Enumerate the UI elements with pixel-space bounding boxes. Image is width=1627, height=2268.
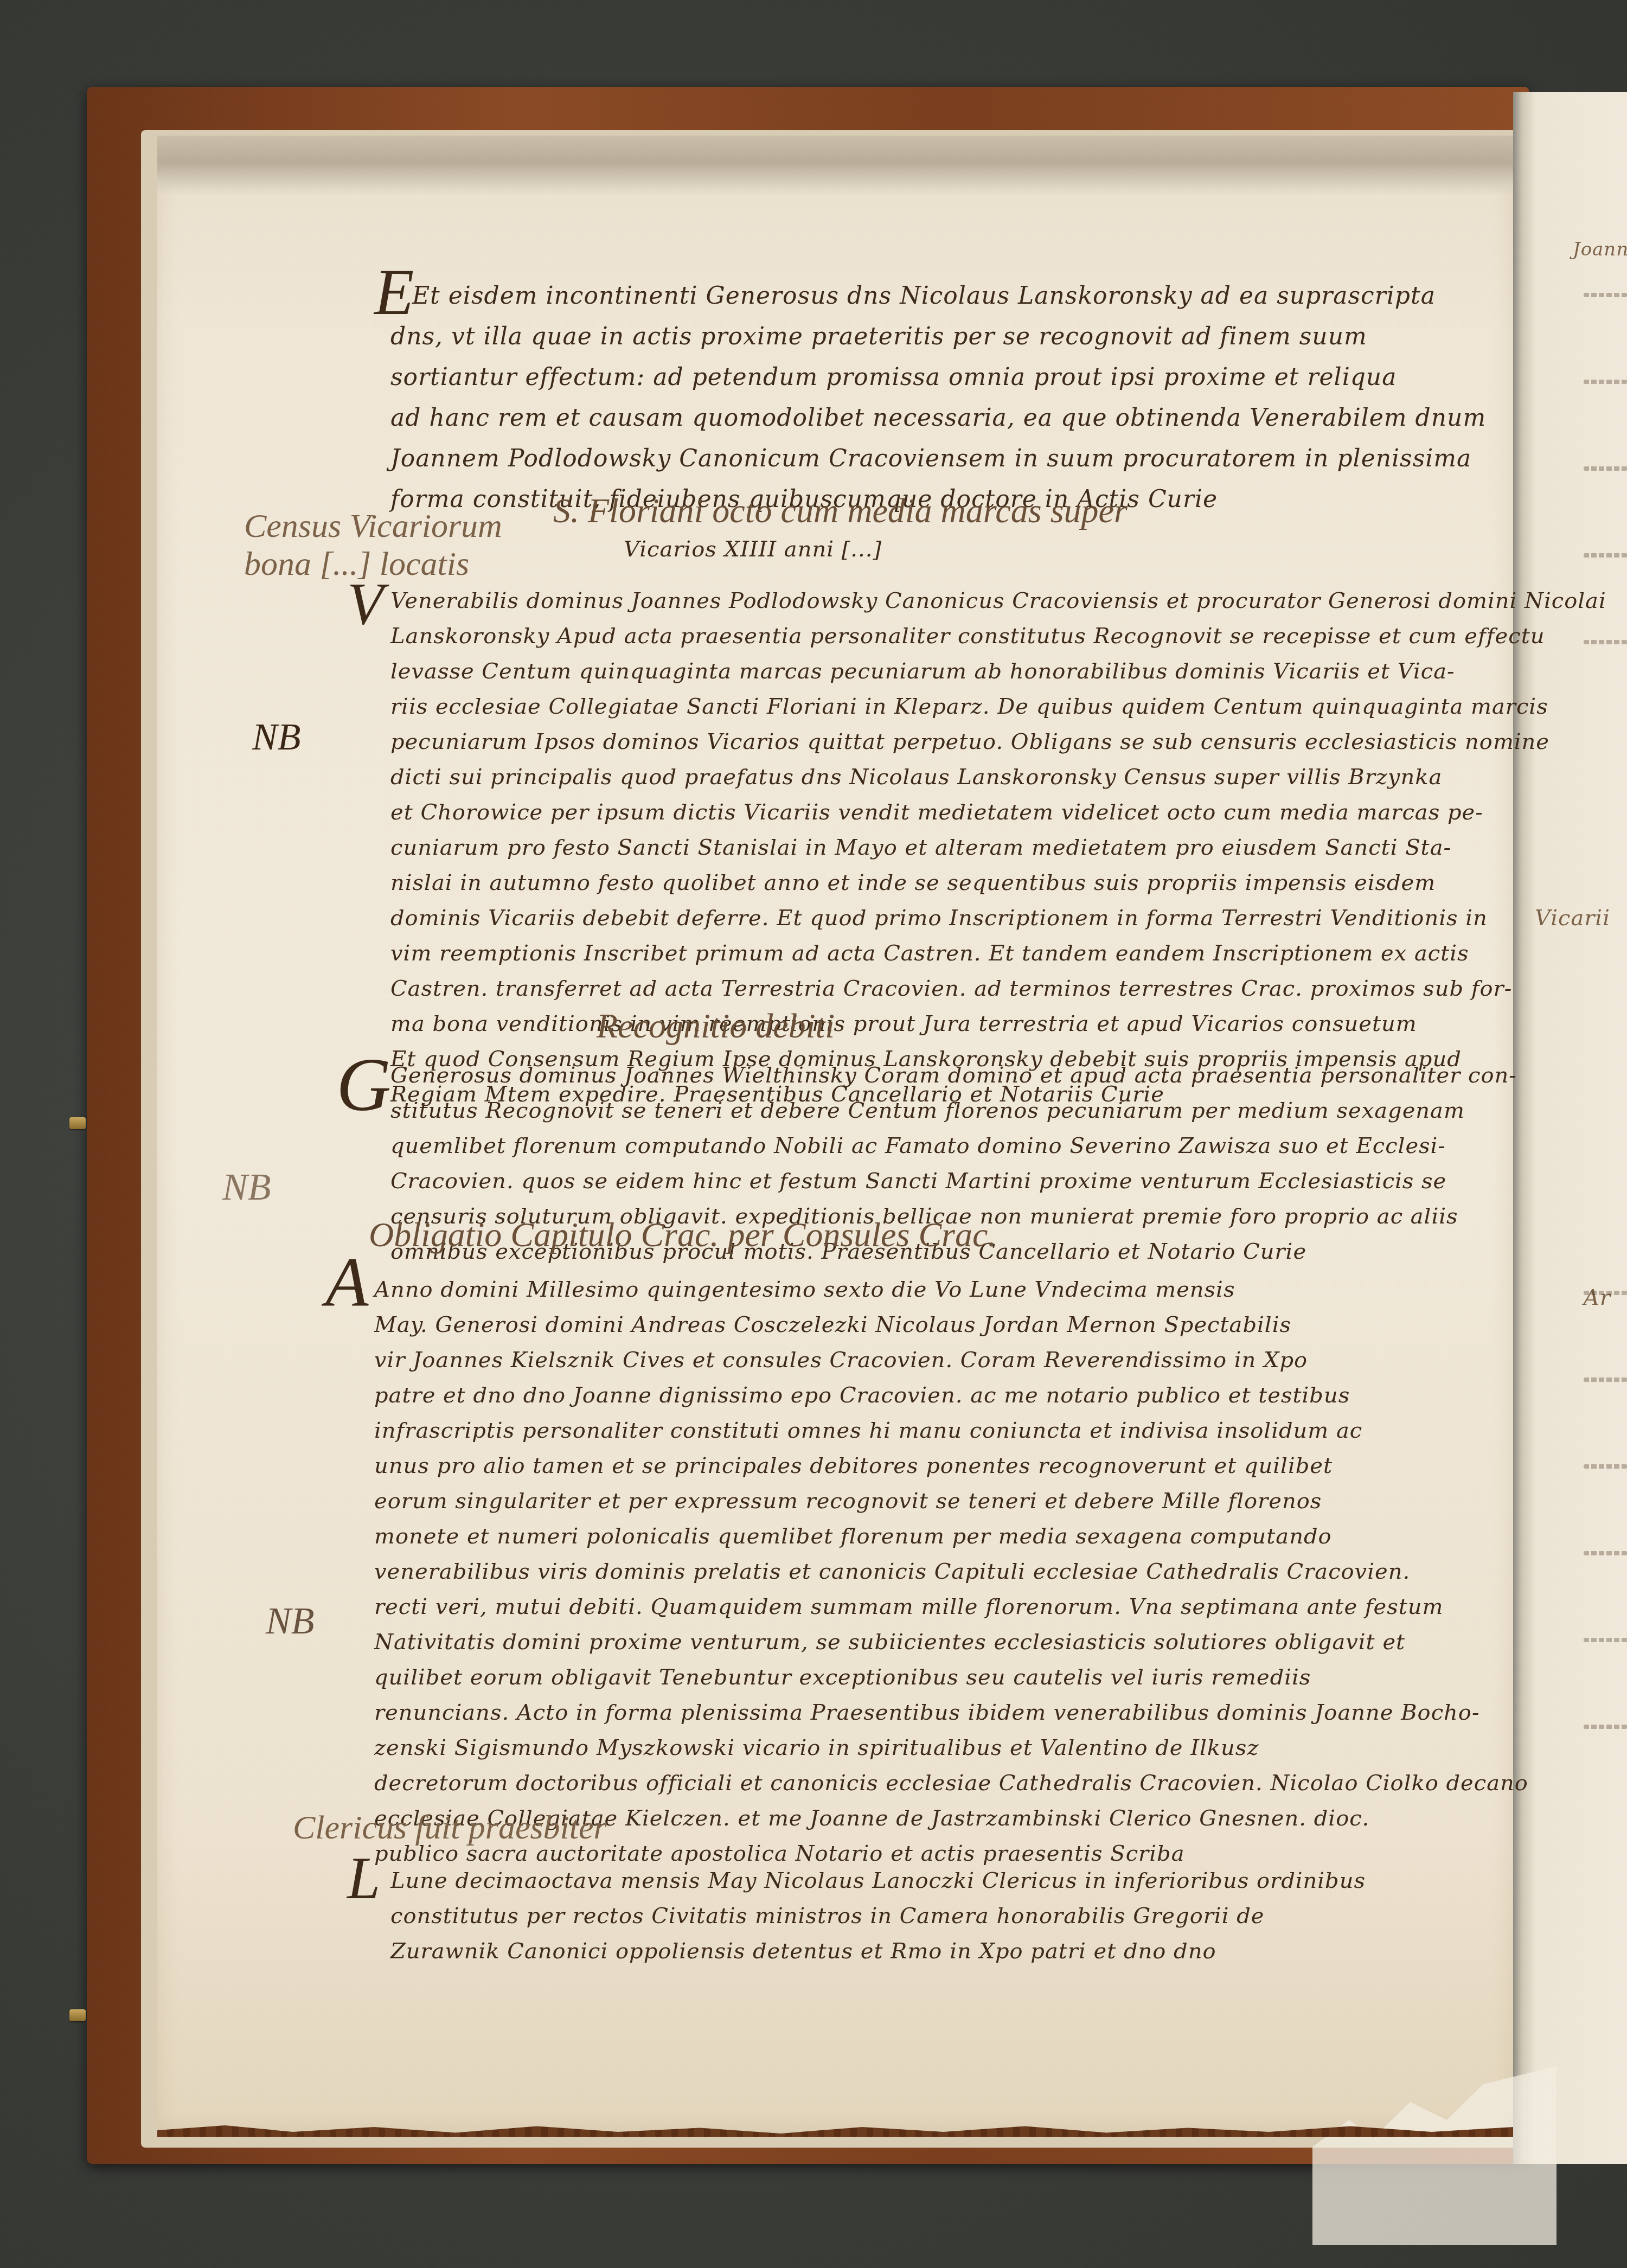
decorated-initial: E (374, 255, 414, 330)
entry-title: Obligatio Capitulo Crac. per Consules Cr… (369, 1215, 996, 1255)
text-line: recti veri, mutui debiti. Quamquidem sum… (374, 1594, 1444, 1619)
facing-page-fragment: Vicarii (1535, 906, 1610, 931)
text-line: renuncians. Acto in forma plenissima Pra… (374, 1700, 1479, 1725)
text-line: cuniarum pro festo Sancti Stanislai in M… (390, 835, 1451, 860)
facing-text-line (1584, 1291, 1627, 1295)
entry-title: Recognitio debiti (597, 1006, 835, 1046)
text-line: sortiantur effectum: ad petendum promiss… (390, 363, 1397, 391)
text-line: nislai in autumno festo quolibet anno et… (390, 870, 1436, 895)
margin-heading: Clericus fuit praesbiter (293, 1809, 607, 1847)
facing-page-fragment: Joann (1573, 239, 1627, 260)
entry-subtitle: Vicarios XIIII anni [...] (624, 537, 882, 562)
text-line: constitutus per rectos Civitatis ministr… (390, 1904, 1264, 1929)
text-line: dns, vt illa quae in actis proxime praet… (390, 323, 1367, 350)
facing-text-line (1584, 1551, 1627, 1555)
entry-title: S. Floriani octo cum media marcas super (553, 491, 1128, 531)
text-line: decretorum doctoribus officiali et canon… (374, 1771, 1528, 1796)
text-line: Castren. transferret ad acta Terrestria … (390, 976, 1512, 1001)
facing-text-line (1584, 553, 1627, 558)
paper-repair-patch (1312, 2066, 1556, 2245)
text-line: May. Generosi domini Andreas Cosczelezki… (374, 1312, 1291, 1337)
facing-text-line (1584, 1464, 1627, 1469)
text-line: Zurawnik Canonici oppoliensis detentus e… (390, 1939, 1216, 1964)
facing-text-line (1584, 1638, 1627, 1642)
binding-clasp (69, 2009, 86, 2021)
text-line: patre et dno dno Joanne dignissimo epo C… (374, 1383, 1350, 1408)
facing-page-fragment: Ar (1584, 1285, 1611, 1310)
page-top-edge (157, 136, 1513, 195)
facing-text-line (1584, 293, 1627, 297)
nota-bene-mark: NB (266, 1600, 314, 1643)
text-line: vir Joannes Kielsznik Cives et consules … (374, 1348, 1308, 1373)
text-line: Lune decimaoctava mensis May Nicolaus La… (390, 1868, 1366, 1893)
text-line: ma bona venditionis in vim reemptionis p… (390, 1011, 1417, 1036)
text-line: Joannem Podlodowsky Canonicum Cracoviens… (390, 445, 1471, 472)
text-line: Lanskoronsky Apud acta praesentia person… (390, 624, 1545, 649)
text-line: et Chorowice per ipsum dictis Vicariis v… (390, 800, 1483, 825)
facing-text-line (1584, 380, 1627, 384)
text-line: ad hanc rem et causam quomodolibet neces… (390, 404, 1486, 432)
facing-text-line (1584, 640, 1627, 644)
text-line: infrascriptis personaliter constituti om… (374, 1418, 1362, 1443)
text-line: monete et numeri polonicalis quemlibet f… (374, 1524, 1332, 1549)
facing-page: Joann Vicarii Ar (1513, 92, 1627, 2164)
text-line: Et eisdem incontinenti Generosus dns Nic… (412, 282, 1436, 310)
facing-text-line (1584, 1378, 1627, 1382)
text-line: Nativitatis domini proxime venturum, se … (374, 1630, 1405, 1655)
decorated-initial: A (325, 1242, 368, 1323)
facing-text-line (1584, 466, 1627, 471)
text-line: vim reemptionis Inscribet primum ad acta… (390, 941, 1469, 966)
text-line: venerabilibus viris dominis prelatis et … (374, 1559, 1410, 1584)
text-line: eorum singulariter et per expressum reco… (374, 1489, 1322, 1514)
text-line: quemlibet florenum computando Nobili ac … (390, 1133, 1446, 1158)
text-line: dicti sui principalis quod praefatus dns… (390, 765, 1442, 790)
text-line: zenski Sigismundo Myszkowski vicario in … (374, 1735, 1259, 1760)
text-line: riis ecclesiae Collegiatae Sancti Floria… (390, 694, 1548, 719)
nota-bene-mark: NB (222, 1166, 271, 1209)
decorated-initial: V (347, 569, 383, 638)
text-line: pecuniarum Ipsos dominos Vicarios quitta… (390, 729, 1549, 754)
text-line: Venerabilis dominus Joannes Podlodowsky … (390, 588, 1606, 613)
decorated-initial: L (347, 1844, 380, 1913)
text-line: levasse Centum quinquaginta marcas pecun… (390, 659, 1455, 684)
page-bottom-edge (157, 2120, 1513, 2137)
text-line: quilibet eorum obligavit Tenebuntur exce… (374, 1665, 1311, 1690)
nota-bene-mark: NB (252, 716, 300, 759)
text-line: Generosus dominus Joannes Wielthinsky Co… (390, 1063, 1517, 1088)
decorated-initial: G (336, 1041, 391, 1129)
text-line: Anno domini Millesimo quingentesimo sext… (374, 1277, 1235, 1302)
text-line: stitutus Recognovit se teneri et debere … (390, 1098, 1465, 1123)
text-line: Cracovien. quos se eidem hinc et festum … (390, 1169, 1446, 1194)
text-line: dominis Vicariis debebit deferre. Et quo… (390, 906, 1488, 931)
facing-text-line (1584, 1725, 1627, 1729)
text-line: unus pro alio tamen et se principales de… (374, 1453, 1333, 1478)
binding-clasp (69, 1117, 86, 1129)
